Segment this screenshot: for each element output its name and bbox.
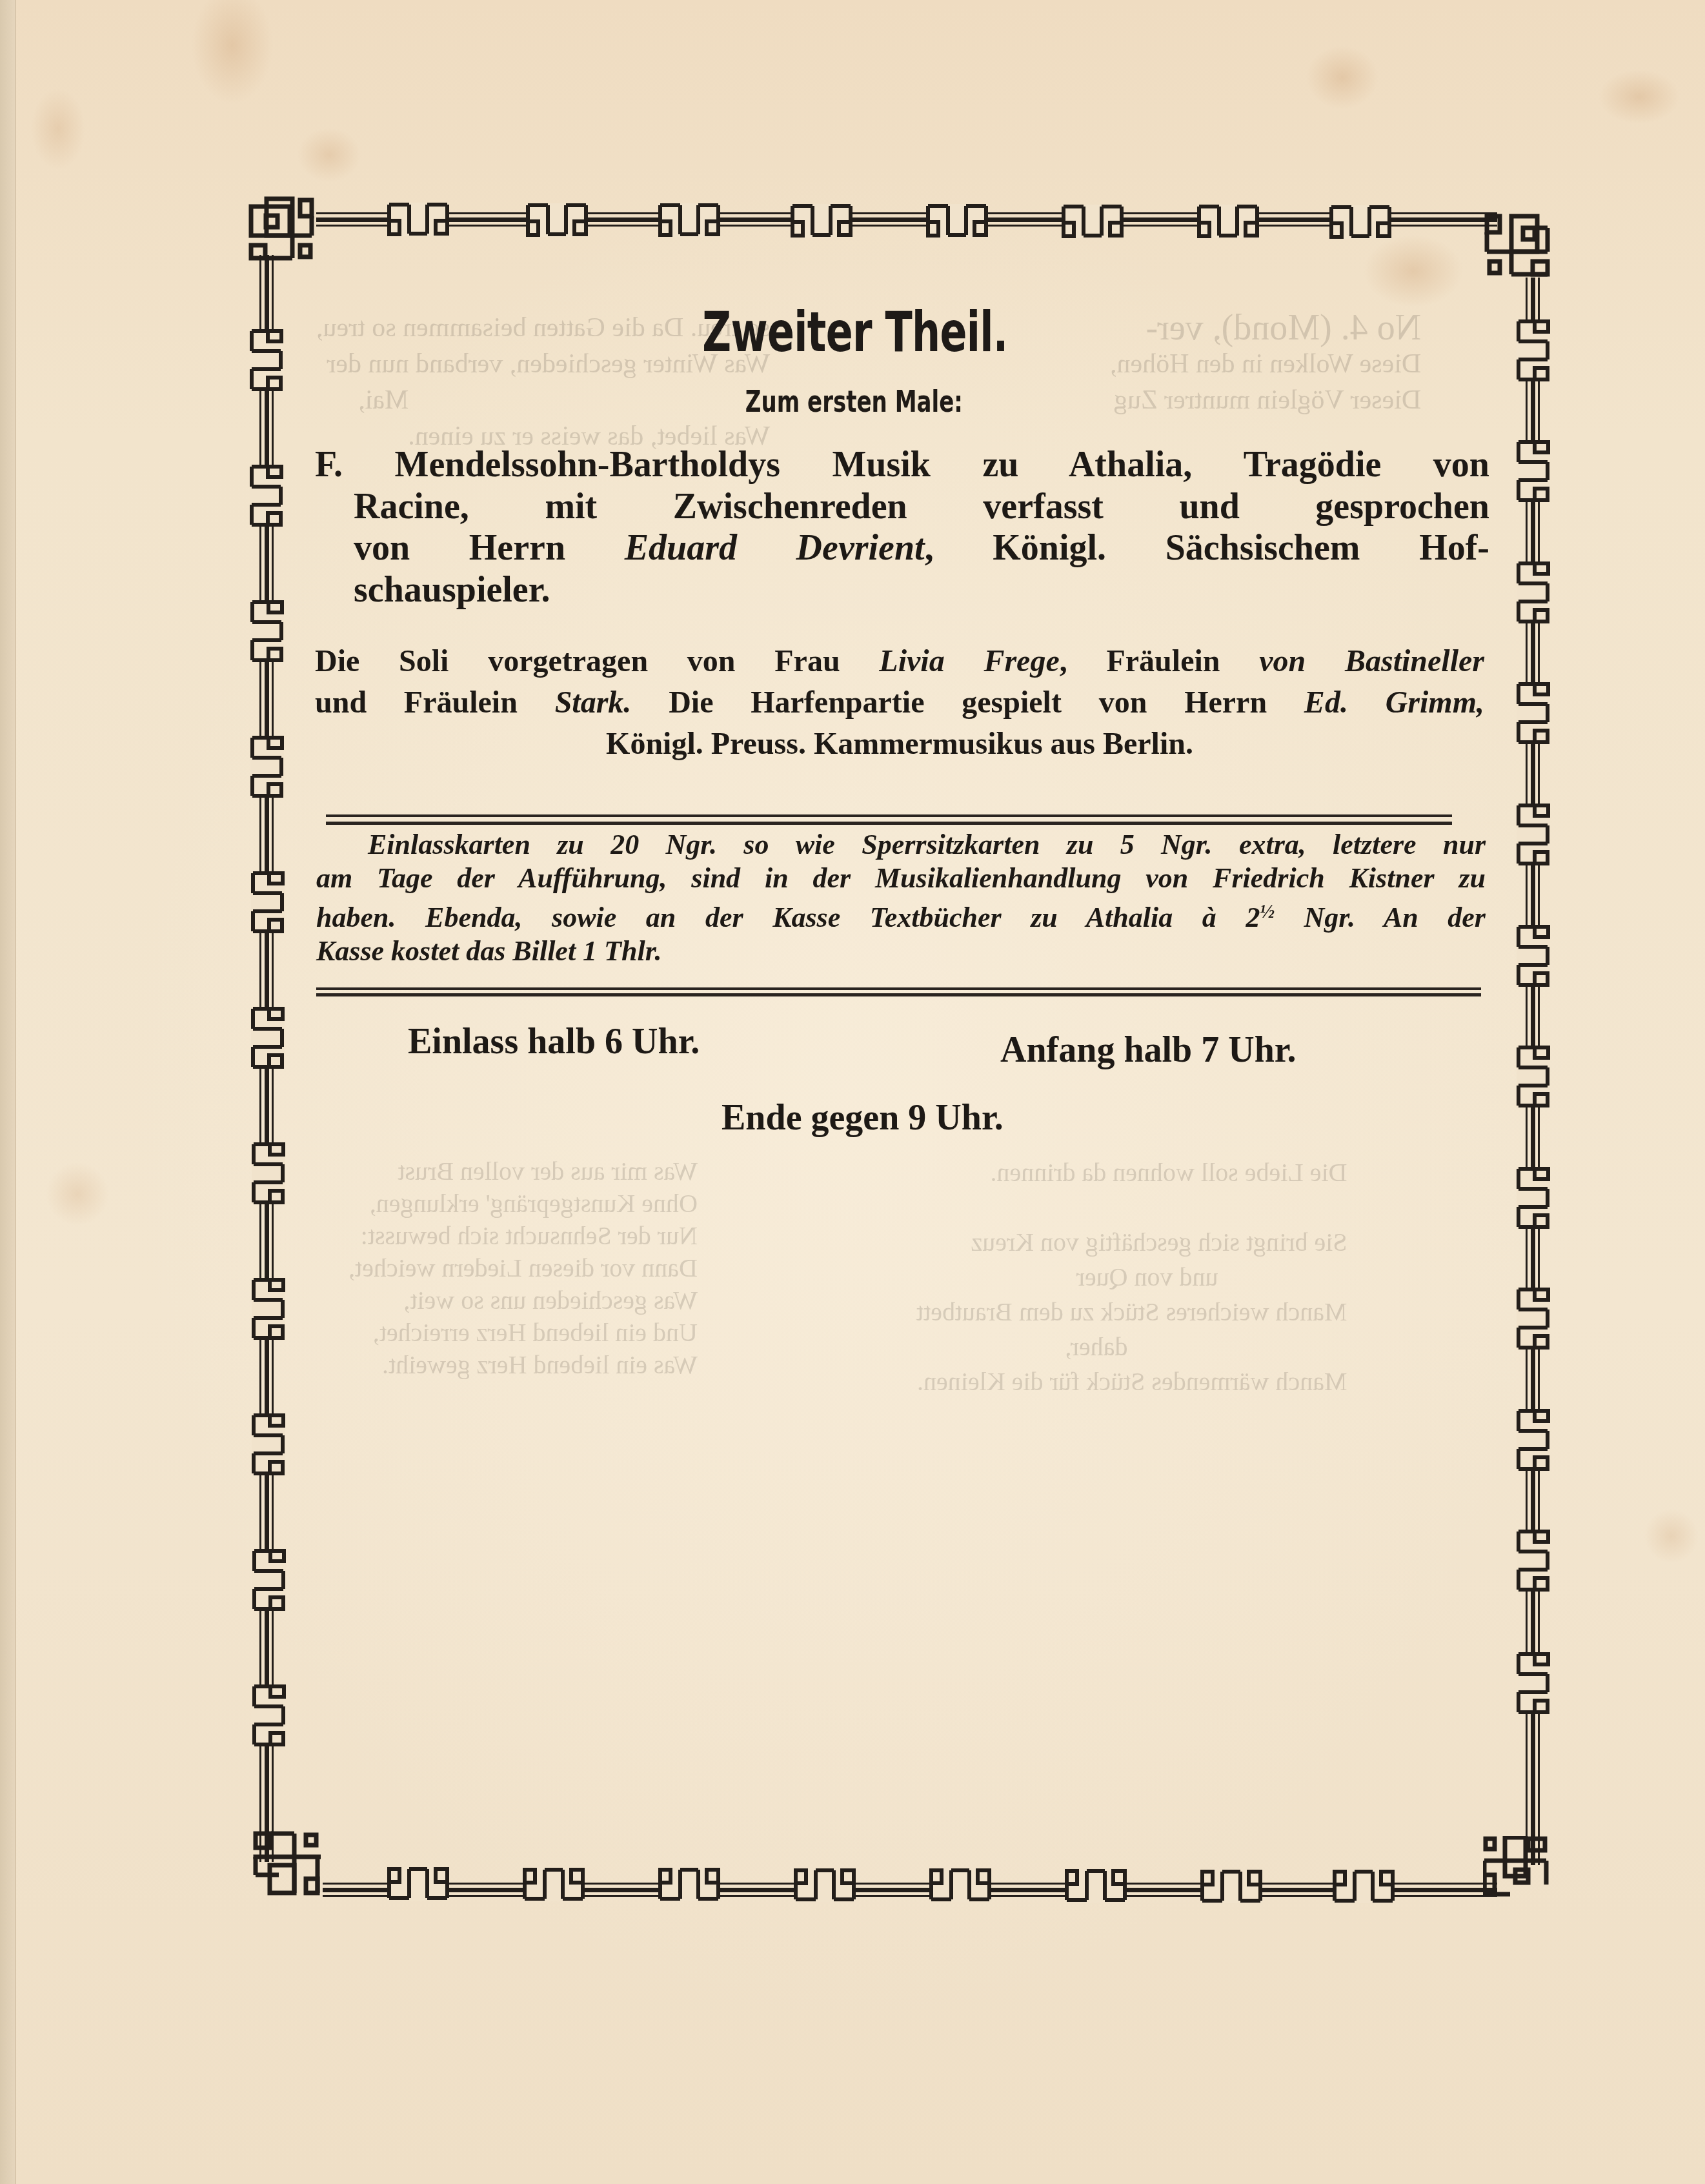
performer-name: Eduard Devrient	[625, 528, 925, 568]
meander-ornament-icon	[791, 204, 853, 238]
bleed-through-lower-left: Was mir aus der vollen Brust Ohne Kunstg…	[348, 1155, 698, 1381]
meander-ornament-icon	[252, 1278, 285, 1340]
bleed-line: und von Quer	[916, 1260, 1347, 1295]
border-rule-bottom	[323, 1883, 1497, 1897]
scan-edge-strip	[0, 0, 16, 2184]
soloists-line-2: und Fräulein Stark. Die Harfenpartie ges…	[315, 682, 1484, 723]
text: Ngr. An der	[1275, 902, 1486, 933]
description-line-2: Racine, mit Zwischenreden verfasst und g…	[315, 486, 1489, 528]
description-line-4: schauspieler.	[315, 569, 1489, 611]
ticket-notice: Einlasskarten zu 20 Ngr. so wie Sperrsit…	[316, 828, 1486, 968]
end-time: Ende gegen 9 Uhr.	[721, 1097, 1004, 1138]
text: haben. Ebenda, sowie an der Kasse Textbü…	[316, 902, 1260, 933]
meander-ornament-icon	[251, 1007, 285, 1069]
notice-line-4: Kasse kostet das Billet 1 Thlr.	[316, 935, 1486, 968]
notice-line-3: haben. Ebenda, sowie an der Kasse Textbü…	[316, 895, 1486, 935]
text: Die Harfenpartie gespielt von Herrn	[631, 685, 1304, 720]
notice-line-1: Einlasskarten zu 20 Ngr. so wie Sperrsit…	[316, 828, 1486, 862]
corner-ornament-top-left-icon	[248, 194, 316, 261]
text: von Herrn	[354, 528, 565, 568]
text: , Königl. Sächsischem Hof-	[925, 528, 1489, 568]
meander-ornament-icon	[387, 203, 449, 236]
page-heading: Zweiter Theil.	[241, 300, 1469, 365]
bleed-line: Nur der Sehnsucht sich bewusst:	[348, 1220, 698, 1252]
harpist-name: Ed. Grimm,	[1304, 685, 1484, 720]
meander-ornament-icon	[1517, 319, 1550, 381]
meander-ornament-icon	[1517, 1530, 1550, 1592]
separator-rule-2	[316, 987, 1481, 996]
meander-ornament-icon	[252, 1142, 285, 1204]
bleed-line: Sie bringt sich geschäftig von Kreuz	[916, 1225, 1347, 1260]
meander-ornament-icon	[1517, 804, 1550, 865]
text: und Fräulein	[315, 685, 555, 720]
meander-ornament-icon	[1517, 682, 1550, 744]
start-time: Anfang halb 7 Uhr.	[1000, 1029, 1296, 1071]
bleed-line: Manch wärmendes Stück für die Kleinen.	[916, 1364, 1347, 1399]
text: Die Soli vorgetragen von Frau	[315, 644, 879, 678]
bleed-through-lower-right: Die Liebe soll wohnen da drinnen. Sie br…	[916, 1155, 1347, 1399]
meander-ornament-icon	[1333, 1870, 1395, 1903]
bleed-line: Dann vor diesen Liedern weichet,	[348, 1252, 698, 1284]
meander-ornament-icon	[252, 1413, 285, 1475]
soloists-line-1: Die Soli vorgetragen von Frau Livia Freg…	[315, 641, 1484, 682]
meander-ornament-icon	[250, 465, 283, 527]
meander-ornament-icon	[523, 1868, 585, 1901]
corner-ornament-bottom-left-icon	[253, 1830, 321, 1897]
meander-ornament-icon	[250, 736, 284, 798]
soloists-line-3: Königl. Preuss. Kammermusikus aus Berlin…	[315, 723, 1484, 765]
subheading: Zum ersten Male:	[223, 384, 1485, 419]
notice-line-2: am Tage der Aufführung, sind in der Musi…	[316, 862, 1486, 895]
meander-ornament-icon	[1329, 205, 1391, 239]
meander-ornament-icon	[794, 1868, 856, 1902]
bleed-line: Manch weicheres Stück zu dem Brautbett	[916, 1295, 1347, 1330]
meander-ornament-icon	[250, 600, 284, 662]
bleed-line: daher,	[916, 1330, 1347, 1364]
meander-ornament-icon	[658, 1868, 720, 1901]
soloist-name: Stark.	[555, 685, 632, 720]
description-line-3: von Herrn Eduard Devrient, Königl. Sächs…	[315, 527, 1489, 569]
meander-ornament-icon	[1200, 1870, 1262, 1903]
meander-ornament-icon	[1517, 561, 1550, 623]
meander-ornament-icon	[1197, 205, 1259, 238]
separator-rule-1	[326, 814, 1452, 825]
meander-ornament-icon	[252, 1549, 286, 1611]
bleed-line: Die Liebe soll wohnen da drinnen.	[916, 1155, 1347, 1190]
bleed-line: Und ein liebend Herz erreichet,	[348, 1317, 698, 1349]
corner-ornament-top-right-icon	[1484, 210, 1552, 278]
meander-ornament-icon	[658, 203, 720, 237]
meander-ornament-icon	[1517, 1652, 1550, 1714]
meander-ornament-icon	[251, 871, 285, 933]
border-rule-top	[316, 212, 1497, 227]
meander-ornament-icon	[1517, 925, 1550, 987]
corner-ornament-bottom-right-icon	[1483, 1836, 1551, 1897]
soloist-name: Livia Frege	[879, 644, 1059, 678]
text: , Fräulein	[1060, 644, 1260, 678]
bleed-line: Was geschieden uns so weit,	[348, 1284, 698, 1317]
meander-ornament-icon	[252, 1684, 286, 1746]
meander-ornament-icon	[1517, 1409, 1550, 1471]
fraction: ½	[1260, 901, 1275, 922]
bleed-line: Was ein liebend Herz geweiht.	[348, 1349, 698, 1381]
meander-ornament-icon	[1517, 1167, 1550, 1229]
meander-ornament-icon	[929, 1868, 991, 1902]
meander-ornament-icon	[526, 203, 588, 237]
soloist-name: von Bastineller	[1259, 644, 1484, 678]
program-description: F. Mendelssohn-Bartholdys Musik zu Athal…	[315, 444, 1489, 611]
meander-ornament-icon	[387, 1867, 449, 1901]
meander-ornament-icon	[1517, 440, 1550, 502]
description-line-1: F. Mendelssohn-Bartholdys Musik zu Athal…	[315, 444, 1489, 486]
meander-ornament-icon	[1065, 1869, 1127, 1903]
bleed-line: Ohne Kunstgepräng' erklungen,	[348, 1188, 698, 1220]
meander-ornament-icon	[1517, 1288, 1550, 1350]
meander-ornament-icon	[1517, 1046, 1550, 1107]
soloists-paragraph: Die Soli vorgetragen von Frau Livia Freg…	[315, 641, 1484, 765]
bleed-line: Was mir aus der vollen Brust	[348, 1155, 698, 1188]
doors-open-time: Einlass halb 6 Uhr.	[408, 1021, 700, 1062]
meander-ornament-icon	[926, 204, 988, 238]
meander-ornament-icon	[1062, 205, 1124, 238]
